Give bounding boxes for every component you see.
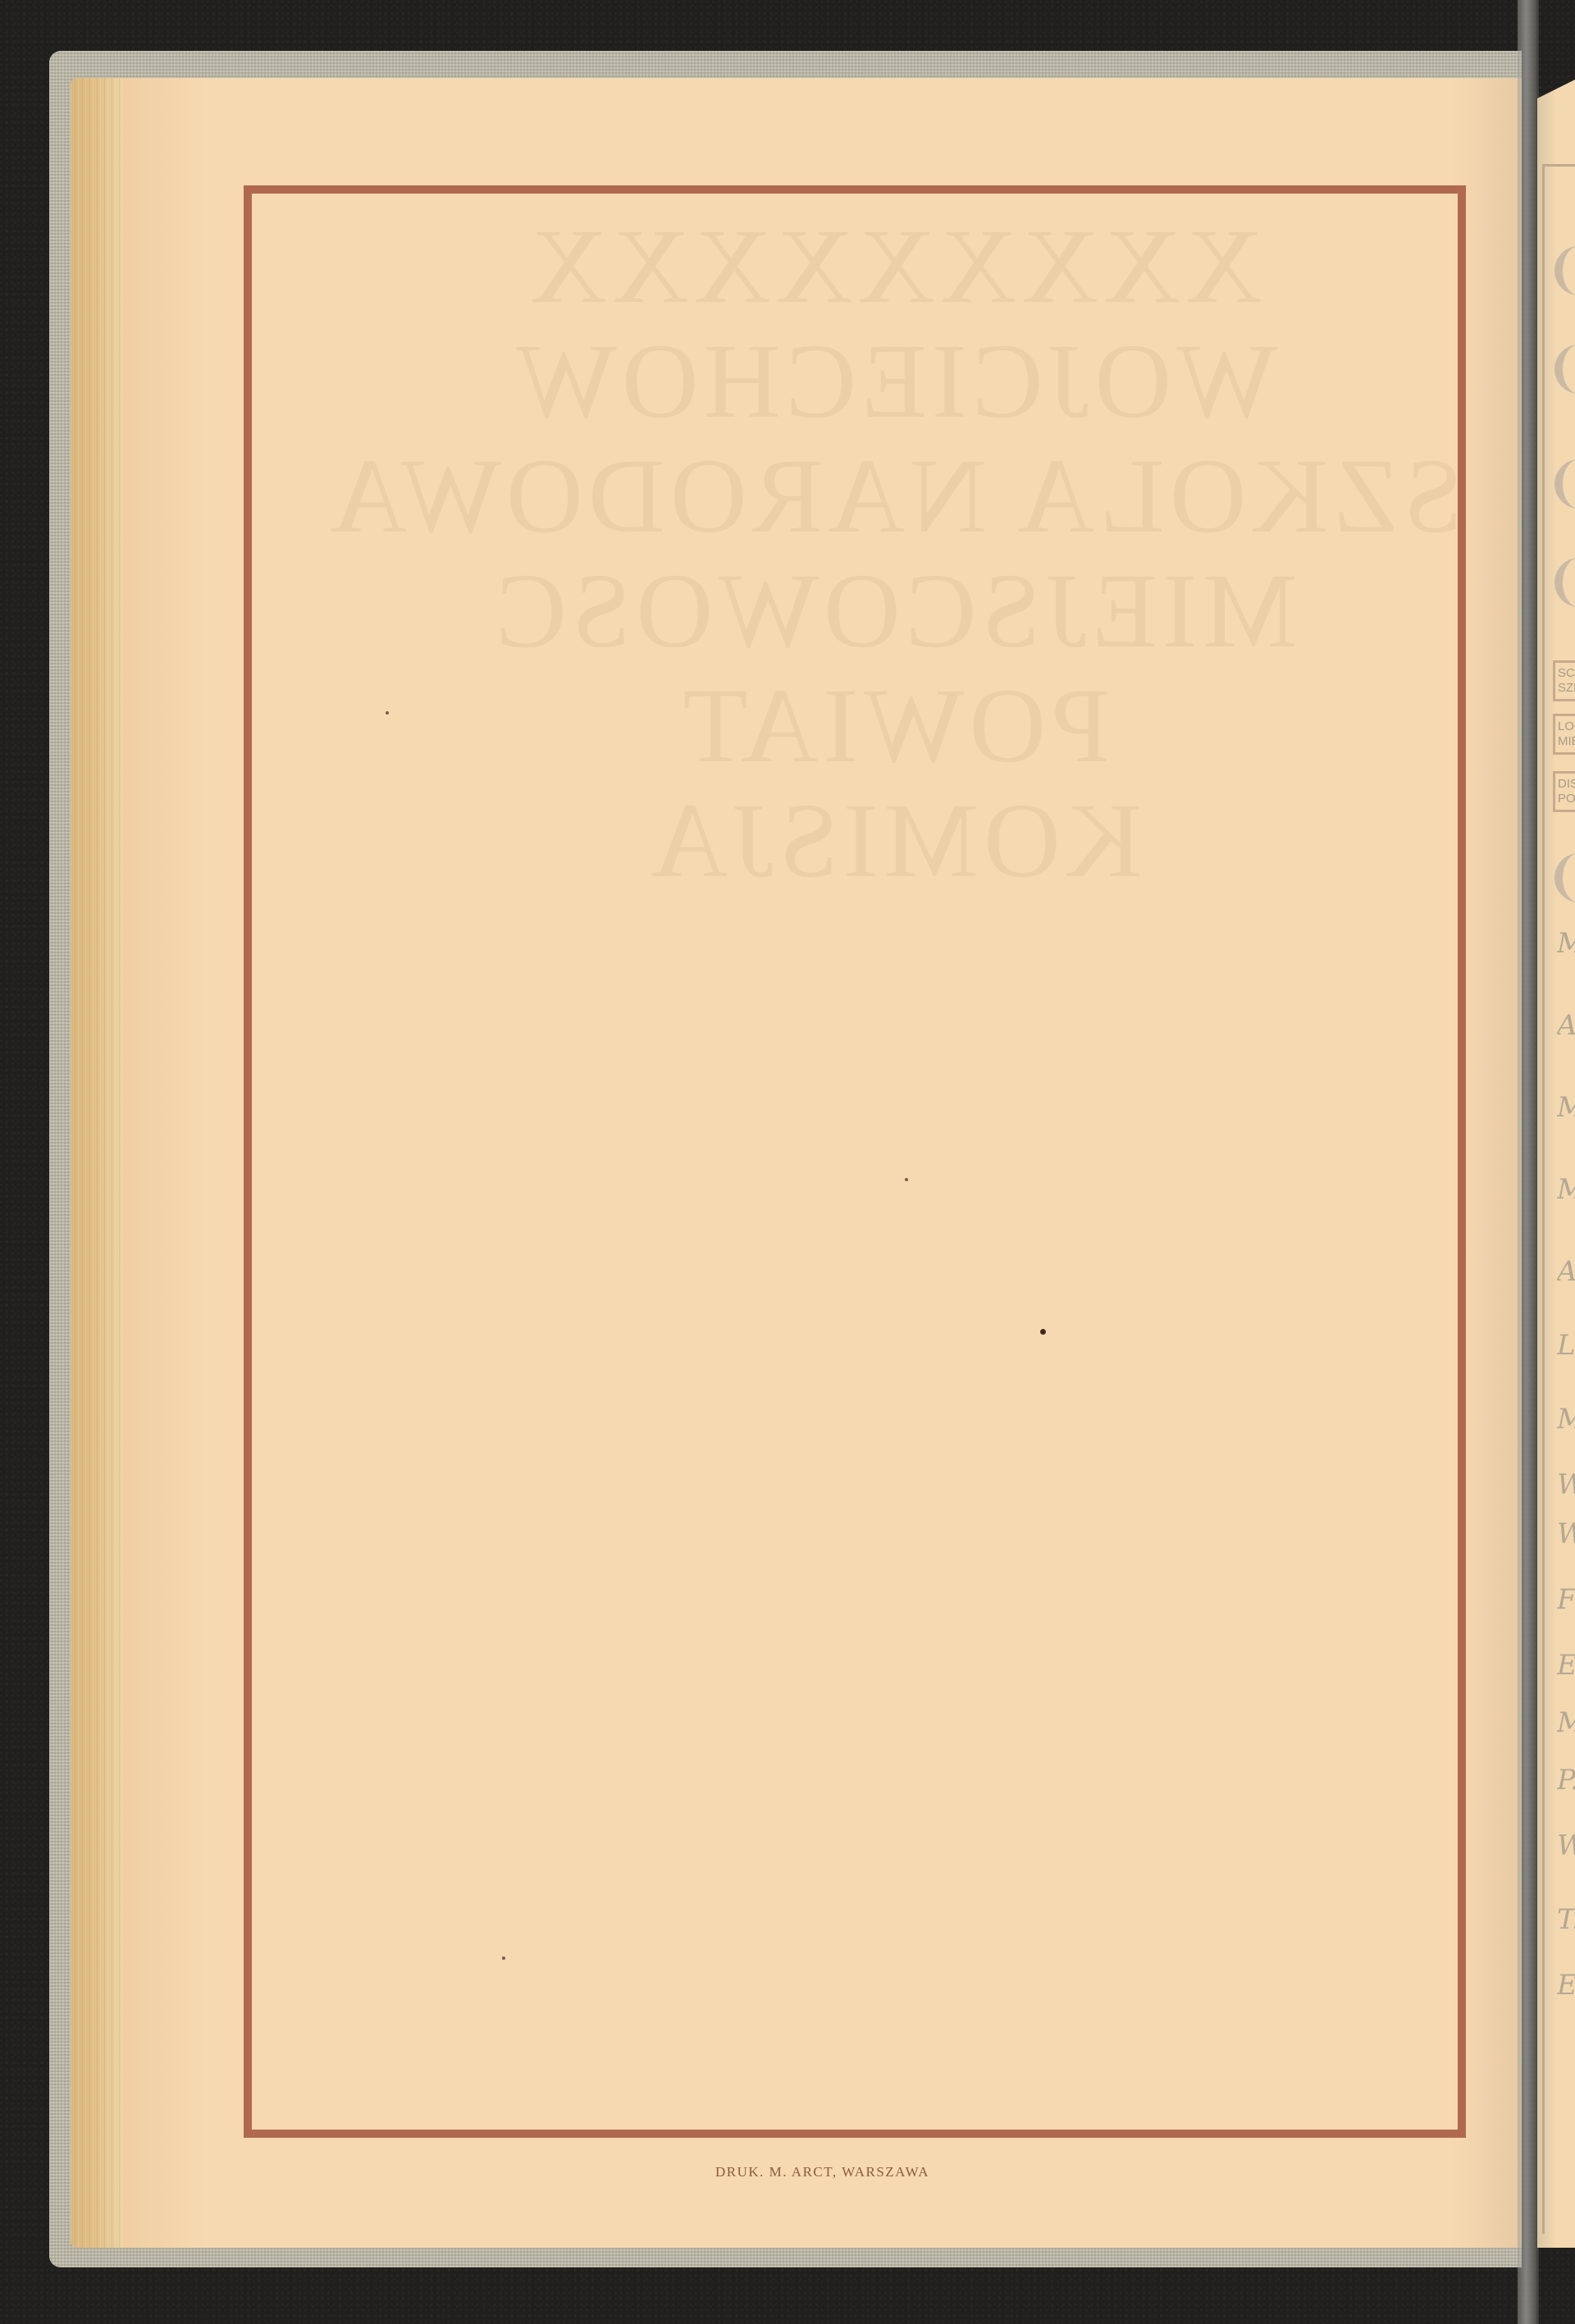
- handwritten-fragment: Lu: [1557, 1329, 1575, 1362]
- adjacent-label-box: DISTR POW: [1553, 771, 1575, 812]
- page-edge-stack: [71, 78, 128, 2248]
- handwritten-fragment: Ma: [1557, 1173, 1575, 1206]
- printer-imprint: DRUK. M. ARCT, WARSZAWA: [123, 2164, 1522, 2180]
- handwritten-fragment: E. G: [1557, 1969, 1575, 2002]
- paper-speck: [502, 1956, 505, 1960]
- handwritten-fragment: Fra: [1557, 1583, 1575, 1616]
- paper-speck: [1040, 1329, 1046, 1335]
- handwritten-fragment: W. L: [1557, 1829, 1575, 1862]
- handwritten-fragment: Mo: [1557, 927, 1575, 960]
- adjacent-label-box: SCHO SZKO: [1553, 660, 1575, 701]
- handwritten-fragment: E. K: [1557, 1649, 1575, 1682]
- handwritten-fragment: Au: [1557, 1009, 1575, 1042]
- handwritten-fragment: Wo: [1557, 1518, 1575, 1550]
- handwritten-fragment: Ag: [1557, 1255, 1575, 1288]
- handwritten-fragment: T. K: [1557, 1903, 1575, 1936]
- handwritten-fragment: Ma: [1557, 1403, 1575, 1436]
- handwritten-fragment: P. G: [1557, 1764, 1575, 1797]
- handwritten-fragment: Wi: [1557, 1468, 1575, 1501]
- paper-speck: [386, 711, 389, 715]
- decorative-border-frame: [244, 185, 1466, 2138]
- handwritten-fragment: M. K: [1557, 1706, 1575, 1739]
- binding-gutter: [1518, 0, 1539, 2324]
- handwritten-fragment: Ma: [1557, 1091, 1575, 1124]
- paper-speck: [905, 1178, 908, 1181]
- adjacent-label-box: LOCA MIEJ: [1553, 714, 1575, 755]
